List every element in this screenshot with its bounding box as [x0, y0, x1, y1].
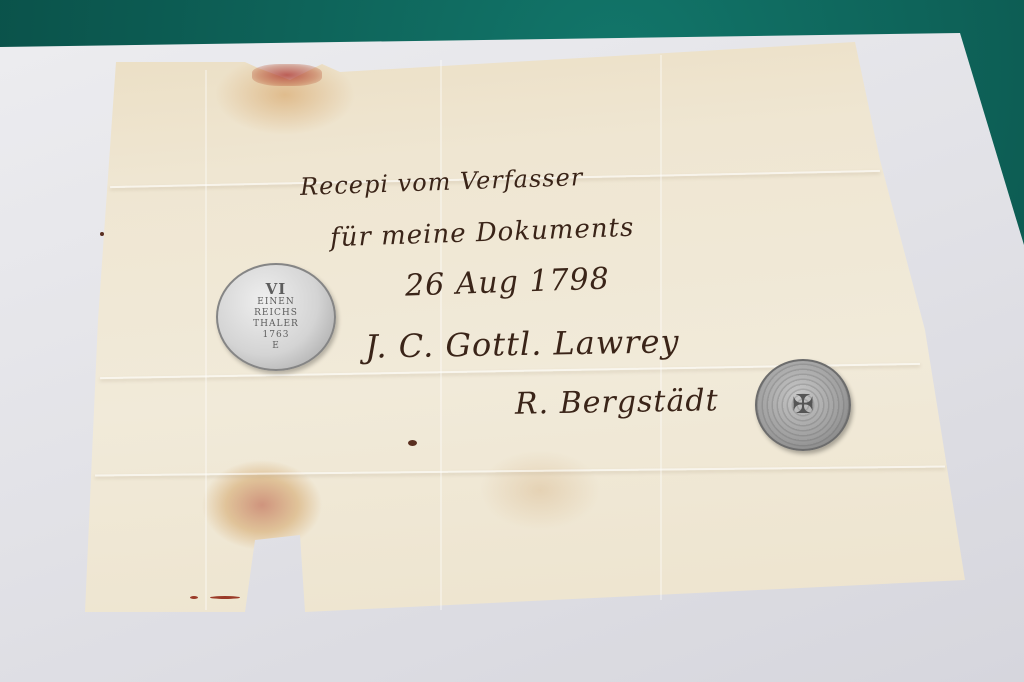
coin-text: EINEN	[257, 297, 294, 308]
coin-eagle-icon: ✠	[792, 390, 814, 420]
photo-scene: Recepi vom Verfasser für meine Dokuments…	[0, 0, 1024, 682]
coin-text: E	[272, 341, 280, 352]
coin-text: VI	[266, 282, 287, 297]
ink-blot	[210, 596, 240, 599]
coin-text: THALER	[253, 319, 299, 330]
paper-fold-line	[205, 70, 207, 610]
red-wax-stain	[252, 64, 322, 86]
silver-coin-small: ✠	[755, 359, 851, 451]
handwriting-signature-2: R. Bergstädt	[515, 383, 719, 422]
ink-blot	[190, 596, 198, 599]
coin-text: REICHS	[254, 308, 298, 319]
coin-text: 1763	[263, 330, 290, 341]
ink-blot	[408, 440, 417, 446]
handwriting-signature-1: J. C. Gottl. Lawrey	[365, 322, 680, 365]
handwriting-date: 26 Aug 1798	[404, 261, 610, 303]
ink-blot	[100, 232, 104, 236]
silver-coin-reichsthaler: VI EINEN REICHS THALER 1763 E	[216, 263, 336, 371]
